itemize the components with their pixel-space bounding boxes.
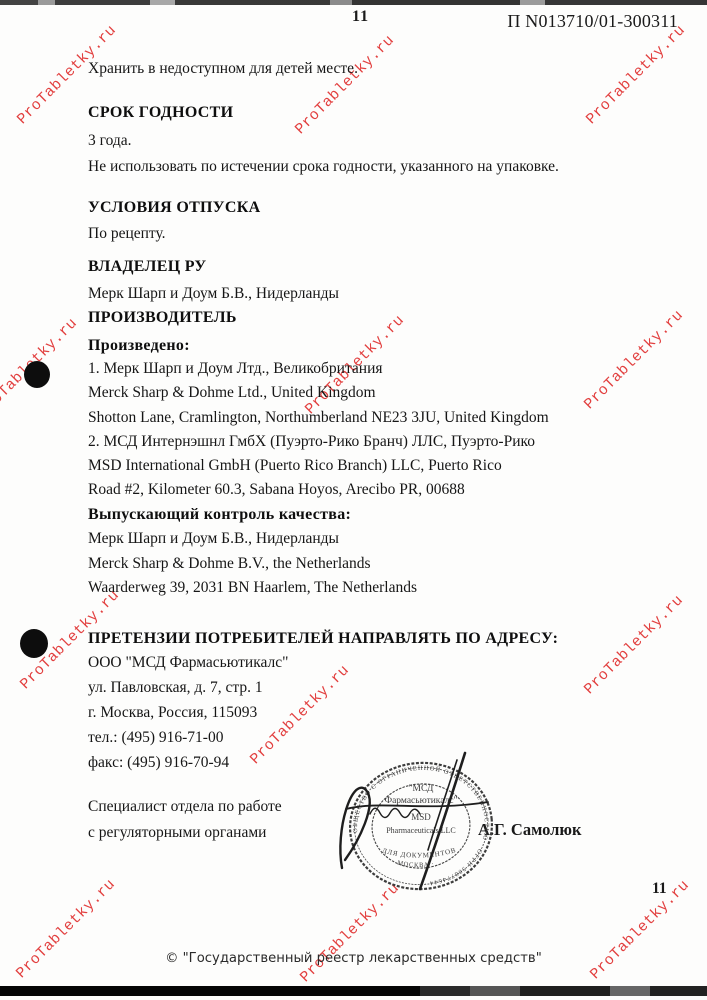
page-number-bottom: 11 (652, 880, 667, 898)
doc-line: Waarderweg 39, 2031 BN Haarlem, The Neth… (88, 579, 417, 597)
doc-line: ПРОИЗВОДИТЕЛЬ (88, 309, 237, 327)
footer-copyright: © "Государственный реестр лекарственных … (0, 951, 707, 966)
doc-line: ПРЕТЕНЗИИ ПОТРЕБИТЕЛЕЙ НАПРАВЛЯТЬ ПО АДР… (88, 630, 558, 648)
doc-line: с регуляторными органами (88, 824, 266, 842)
watermark-text: ProTabletky.ru (581, 307, 687, 413)
doc-line: факс: (495) 916-70-94 (88, 754, 229, 772)
registration-number: П N013710/01-300311 (507, 11, 678, 32)
scanned-document-page: ProTabletky.ruProTabletky.ruProTabletky.… (0, 0, 707, 1000)
doc-line: тел.: (495) 916-71-00 (88, 729, 223, 747)
doc-line: ООО "МСД Фармасьютикалс" (88, 654, 288, 672)
hole-punch (24, 361, 50, 388)
doc-line: 2. МСД Интернэшнл ГмбХ (Пуэрто-Рико Бран… (88, 433, 535, 451)
scan-edge-bottom (0, 986, 707, 996)
watermark-text: ProTabletky.ru (292, 32, 398, 138)
doc-line: Merck Sharp & Dohme B.V., the Netherland… (88, 555, 371, 573)
doc-line: Хранить в недоступном для детей месте. (88, 60, 358, 78)
hole-punch (20, 629, 48, 658)
doc-line: MSD International GmbH (Puerto Rico Bran… (88, 457, 502, 475)
stamp-line1: "МСД (409, 784, 434, 794)
doc-line: Shotton Lane, Cramlington, Northumberlan… (88, 409, 549, 427)
doc-line: Road #2, Kilometer 60.3, Sabana Hoyos, A… (88, 481, 465, 499)
doc-line: г. Москва, Россия, 115093 (88, 704, 257, 722)
stamp-line2: Фармасьютикалс" (385, 796, 458, 806)
doc-line: ВЛАДЕЛЕЦ РУ (88, 258, 206, 276)
doc-line: 3 года. (88, 132, 132, 150)
watermark-text: ProTabletky.ru (583, 22, 689, 128)
watermark-text: ProTabletky.ru (581, 592, 687, 698)
doc-line: Не использовать по истечении срока годно… (88, 158, 559, 176)
doc-line: Специалист отдела по работе (88, 798, 282, 816)
doc-line: Выпускающий контроль качества: (88, 506, 351, 524)
doc-line: Мерк Шарп и Доум Б.В., Нидерланды (88, 285, 339, 303)
doc-line: Мерк Шарп и Доум Б.В., Нидерланды (88, 530, 339, 548)
page-number-top: 11 (352, 8, 369, 26)
scan-edge-top (0, 0, 707, 5)
company-stamp: ОБЩЕСТВО С ОГРАНИЧЕННОЙ ОТВЕТСТВЕННОСТЬЮ… (336, 746, 506, 898)
doc-line: Merck Sharp & Dohme Ltd., United Kingdom (88, 384, 376, 402)
watermark-text: ProTabletky.ru (13, 876, 119, 982)
doc-line: УСЛОВИЯ ОТПУСКА (88, 199, 260, 217)
doc-line: Произведено: (88, 337, 190, 355)
doc-line: По рецепту. (88, 225, 166, 243)
watermark-text: ProTabletky.ru (587, 877, 693, 983)
stamp-line4: Pharmaceuticals LLC (386, 826, 456, 835)
stamp-arc1-text: ДЛЯ ДОКУМЕНТОВ (381, 846, 457, 859)
doc-line: СРОК ГОДНОСТИ (88, 104, 233, 122)
stamp-line3: MSD (411, 812, 431, 822)
doc-line: 1. Мерк Шарп и Доум Лтд., Великобритания (88, 360, 383, 378)
doc-line: ул. Павловская, д. 7, стр. 1 (88, 679, 263, 697)
